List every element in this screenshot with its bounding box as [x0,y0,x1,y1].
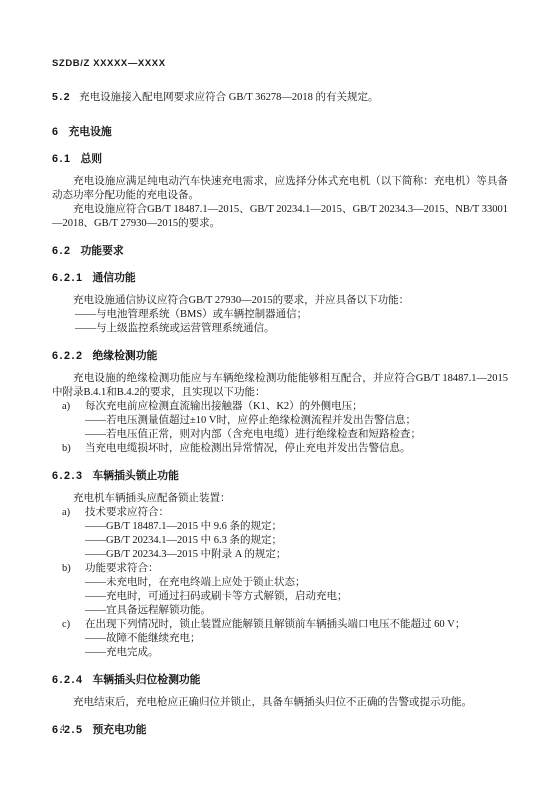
dash-list-item: ——与电池管理系统（BMS）或车辆控制器通信； [75,308,508,322]
list-marker: b) [62,442,71,456]
clause-number: 6.1 [52,153,72,165]
clause: 5.2充电设施接入配电网要求应符合 GB/T 36278—2018 的有关规定。 [52,90,508,105]
text-run: 充电设施的绝缘检测功能应与车辆绝缘检测功能能够相互配合，并应符合GB/T 184… [52,373,508,398]
text-run: 当充电电缆损坏时，应能检测出异常情况，停止充电并发出告警信息。 [85,443,411,454]
dash-list-item: ——GB/T 20234.3—2015 中附录 A 的规定； [85,548,508,562]
dash-list-item: ——若电压值正常，则对内部（含充电电缆）进行绝缘检查和短路检查； [85,428,508,442]
paragraph: 充电设施的绝缘检测功能应与车辆绝缘检测功能能够相互配合，并应符合GB/T 184… [52,372,508,400]
text-run: ——GB/T 20234.3—2015 中附录 A 的规定； [85,549,286,560]
list-marker: b) [62,562,71,576]
subsection-heading: 6.1总则 [52,152,508,166]
clause-number: 6.2.5 [52,724,84,736]
text-run: 技术要求应符合： [85,507,169,518]
heading-title: 车辆插头锁止功能 [93,470,179,482]
heading-title: 绝缘检测功能 [93,350,158,362]
heading-title: 通信功能 [93,272,136,284]
clause-number: 6.2.3 [52,470,84,482]
document-page: SZDB/Z XXXXX—XXXX 5.2充电设施接入配电网要求应符合 GB/T… [0,0,560,792]
paragraph: 充电设施通信协议应符合GB/T 27930—2015的要求，并应具备以下功能： [52,294,508,308]
text-run: ——GB/T 20234.1—2015 中 6.3 条的规定； [85,535,282,546]
paragraph: 充电机车辆插头应配备锁止装置： [52,492,508,506]
dash-list-item: ——宜具备远程解锁功能。 [85,604,508,618]
text-run: ——未充电时，在充电终端上应处于锁止状态； [85,577,306,588]
text-run: ——充电时，可通过扫码或刷卡等方式解锁，启动充电； [85,591,348,602]
text-run: 功能要求符合： [85,563,159,574]
lettered-list-item: a)技术要求应符合： [52,506,508,520]
text-run: ——故障不能继续充电； [85,633,201,644]
dash-list-item: ——GB/T 20234.1—2015 中 6.3 条的规定； [85,534,508,548]
text-run: 充电设施应满足纯电动汽车快速充电需求，应选择分体式充电机（以下简称：充电机）等具… [52,176,508,201]
text-run: ——与电池管理系统（BMS）或车辆控制器通信； [75,309,307,320]
text-run: 每次充电前应检测直流输出接触器（K1、K2）的外侧电压； [85,401,363,412]
text-run: 充电设施通信协议应符合GB/T 27930—2015的要求，并应具备以下功能： [73,295,409,306]
heading-title: 预充电功能 [93,724,147,736]
text-run: ——若电压值正常，则对内部（含充电电缆）进行绝缘检查和短路检查； [85,429,421,440]
subsubsection-heading: 6.2.3车辆插头锁止功能 [52,469,508,483]
dash-list-item: ——GB/T 18487.1—2015 中 9.6 条的规定； [85,520,508,534]
heading-title: 总则 [81,153,103,165]
clause-number: 5.2 [52,91,71,103]
list-marker: a) [62,506,70,520]
lettered-list-item: c)在出现下列情况时，锁止装置应能解锁且解锁前车辆插头端口电压不能超过 60 V… [52,618,508,632]
clause-number: 6.2.2 [52,350,84,362]
subsection-heading: 6.2功能要求 [52,244,508,258]
dash-list-item: ——若电压测量值超过±10 V时，应停止绝缘检测流程并发出告警信息； [85,414,508,428]
heading-title: 车辆插头归位检测功能 [93,674,201,686]
subsubsection-heading: 6.2.5预充电功能 [52,723,508,737]
lettered-list-item: b)功能要求符合： [52,562,508,576]
clause-number: 6.2.4 [52,674,84,686]
heading-title: 充电设施 [69,126,112,138]
clause-number: 6.2 [52,245,72,257]
subsubsection-heading: 6.2.2绝缘检测功能 [52,349,508,363]
list-marker: c) [62,618,70,632]
text-run: 在出现下列情况时，锁止装置应能解锁且解锁前车辆插头端口电压不能超过 60 V； [85,619,465,630]
text-run: 充电设施接入配电网要求应符合 GB/T 36278—2018 的有关规定。 [79,92,378,103]
text-run: 充电结束后，充电枪应正确归位并锁止，具备车辆插头归位不正确的告警或提示功能。 [73,697,472,708]
paragraph: 充电结束后，充电枪应正确归位并锁止，具备车辆插头归位不正确的告警或提示功能。 [52,696,508,710]
list-marker: a) [62,400,70,414]
lettered-list-item: a)每次充电前应检测直流输出接触器（K1、K2）的外侧电压； [52,400,508,414]
paragraph: 充电设施应符合GB/T 18487.1—2015、GB/T 20234.1—20… [52,203,508,231]
subsubsection-heading: 6.2.4车辆插头归位检测功能 [52,673,508,687]
dash-list-item: ——未充电时，在充电终端上应处于锁止状态； [85,576,508,590]
text-run: ——与上级监控系统或运营管理系统通信。 [75,323,275,334]
document-header-code: SZDB/Z XXXXX—XXXX [52,58,166,69]
section-heading: 6充电设施 [52,125,508,139]
page-number: 4 [60,724,65,734]
clause-number: 6.2.1 [52,272,84,284]
dash-list-item: ——充电完成。 [85,646,508,660]
text-run: 充电机车辆插头应配备锁止装置： [73,493,231,504]
clause-number: 6 [52,126,60,138]
document-body: 5.2充电设施接入配电网要求应符合 GB/T 36278—2018 的有关规定。… [52,90,508,746]
text-run: ——若电压测量值超过±10 V时，应停止绝缘检测流程并发出告警信息； [85,415,416,426]
lettered-list-item: b)当充电电缆损坏时，应能检测出异常情况，停止充电并发出告警信息。 [52,442,508,456]
text-run: ——宜具备远程解锁功能。 [85,605,211,616]
dash-list-item: ——与上级监控系统或运营管理系统通信。 [75,322,508,336]
text-run: ——充电完成。 [85,647,159,658]
subsubsection-heading: 6.2.1通信功能 [52,271,508,285]
dash-list-item: ——故障不能继续充电； [85,632,508,646]
paragraph: 充电设施应满足纯电动汽车快速充电需求，应选择分体式充电机（以下简称：充电机）等具… [52,175,508,203]
dash-list-item: ——充电时，可通过扫码或刷卡等方式解锁，启动充电； [85,590,508,604]
heading-title: 功能要求 [81,245,124,257]
text-run: 充电设施应符合GB/T 18487.1—2015、GB/T 20234.1—20… [52,204,508,229]
text-run: ——GB/T 18487.1—2015 中 9.6 条的规定； [85,521,282,532]
